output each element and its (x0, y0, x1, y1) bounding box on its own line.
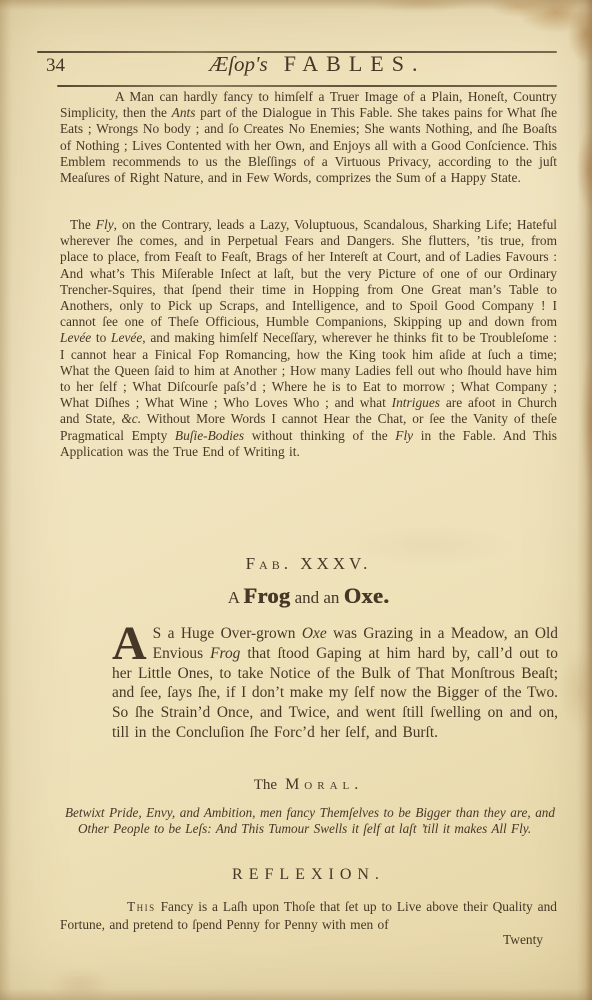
running-title: Æſop'sFABLES. (60, 51, 557, 77)
drop-cap: A (112, 625, 147, 663)
running-title-author: Æſop's (210, 52, 268, 76)
reflexion-heading: REFLEXION. (60, 866, 557, 884)
fable-text: AS a Huge Over-grown Oxe was Grazing in … (112, 624, 558, 743)
moral-text: Betwixt Pride, Envy, and Ambition, men f… (65, 805, 555, 836)
fable-number-heading: Fab. XXXV. (60, 554, 557, 574)
commentary-paragraph-fly: The Fly, on the Contrary, leads a Lazy, … (60, 217, 557, 460)
header-rule-bottom (57, 85, 557, 87)
fable-title: A Frog and an Oxe. (60, 583, 557, 609)
moral-heading-word: Moral. (285, 776, 363, 793)
commentary-paragraph-ant: A Man can hardly fancy to himſelf a True… (60, 89, 557, 186)
running-title-text: FABLES. (284, 51, 426, 76)
book-page: 34 Æſop'sFABLES. A Man can hardly fancy … (0, 0, 592, 1000)
reflexion-text: This Fancy is a Laſh upon Thoſe that ſet… (60, 898, 557, 934)
catchword: Twenty (60, 932, 543, 948)
moral-heading: TheMoral. (60, 776, 557, 794)
moral-heading-prefix: The (254, 777, 277, 793)
fable-text-content: S a Huge Over-grown Oxe was Grazing in a… (112, 625, 558, 741)
